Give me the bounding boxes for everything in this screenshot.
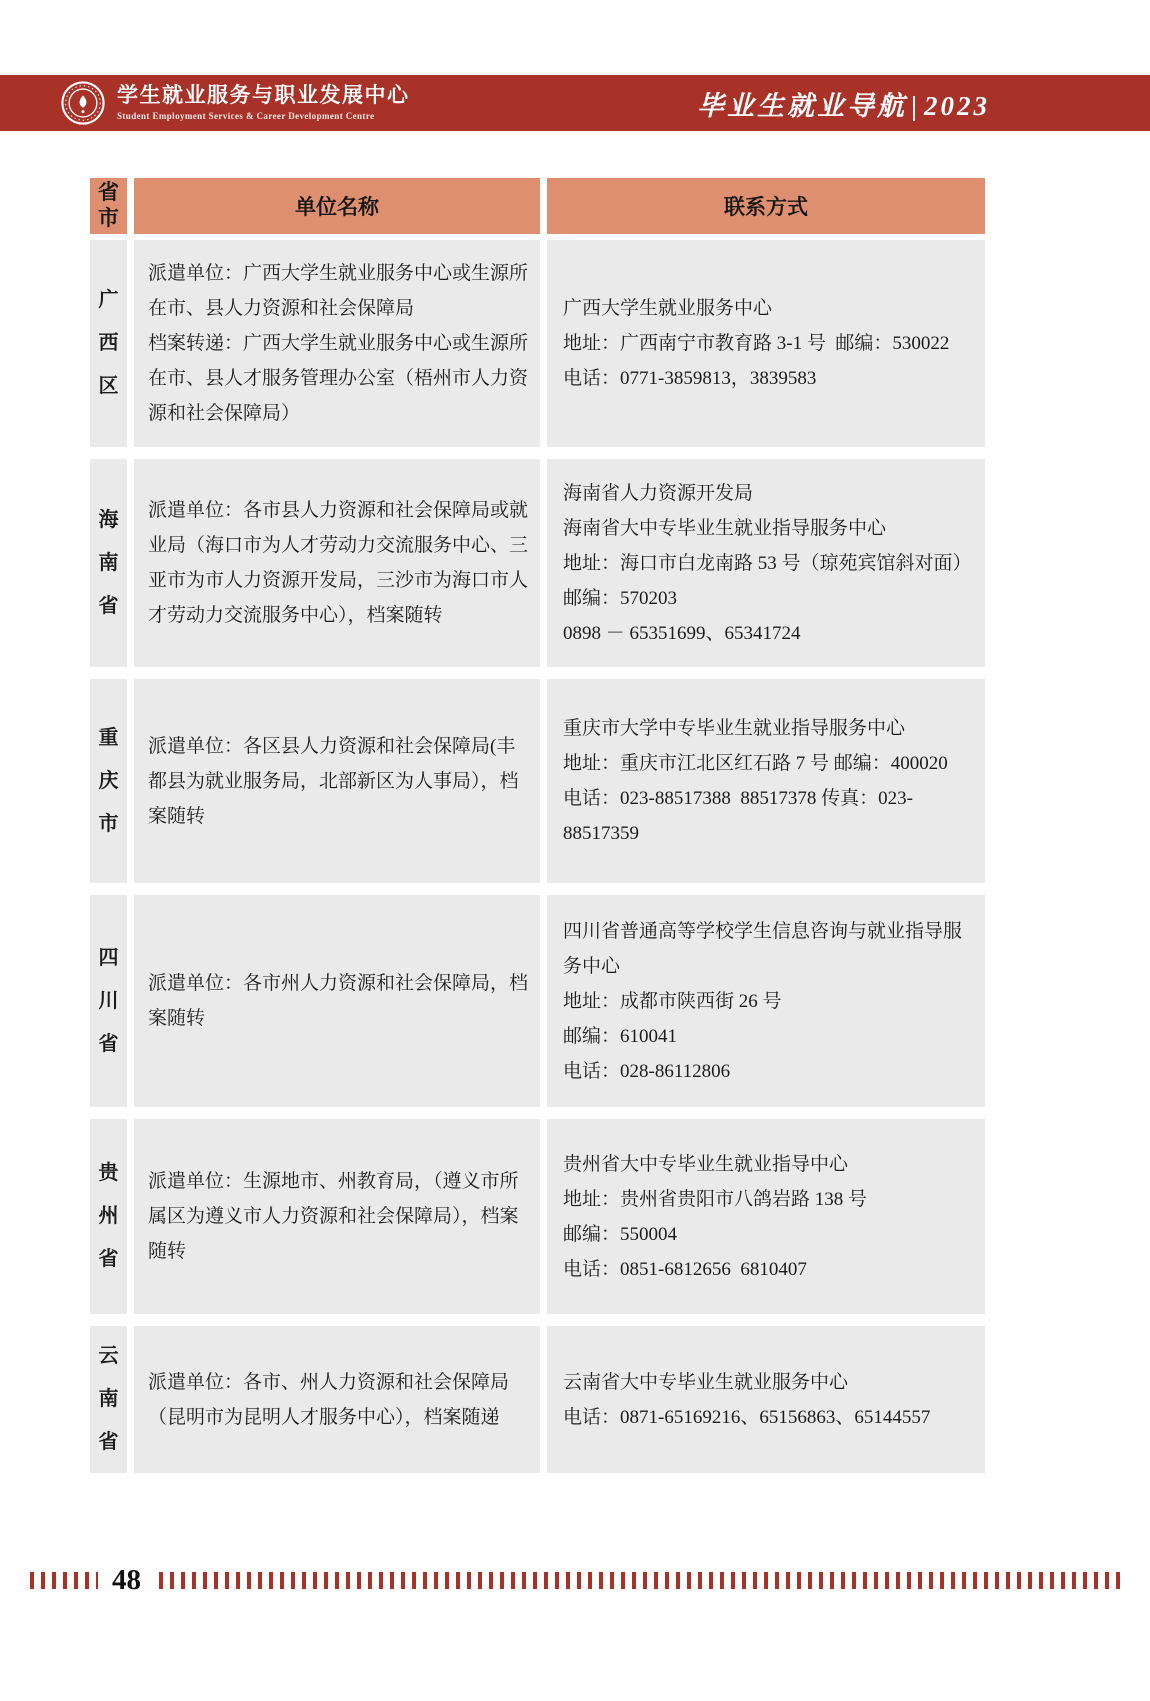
unit-text: 派遣单位：各市州人力资源和社会保障局，档案随转	[148, 966, 532, 1036]
province-cell: 广西区	[90, 240, 127, 447]
unit-text: 派遣单位：各市、州人力资源和社会保障局（昆明市为昆明人才服务中心），档案随递	[148, 1365, 532, 1435]
contact-cell: 广西大学生就业服务中心 地址：广西南宁市教育路 3-1 号 邮编：530022 …	[547, 240, 985, 447]
edition-title: 毕业生就业导航|2023	[697, 84, 990, 123]
footer-dashes-left	[30, 1572, 98, 1589]
brand-title-cn: 学生就业服务与职业发展中心	[117, 85, 410, 107]
contact-cell: 海南省人力资源开发局 海南省大中专毕业生就业指导服务中心 地址：海口市白龙南路 …	[547, 459, 985, 667]
table-row-yunnan: 云南省 派遣单位：各市、州人力资源和社会保障局（昆明市为昆明人才服务中心），档案…	[90, 1326, 985, 1473]
university-seal-icon	[60, 80, 106, 126]
table-row-hainan: 海南省 派遣单位：各市县人力资源和社会保障局或就业局（海口市为人才劳动力交流服务…	[90, 459, 985, 667]
province-label: 贵州省	[97, 1152, 120, 1281]
col-header-unit-label: 单位名称	[295, 191, 379, 221]
unit-text: 派遣单位：各区县人力资源和社会保障局(丰都县为就业服务局，北部新区为人事局），档…	[148, 729, 532, 834]
unit-text: 派遣单位：各市县人力资源和社会保障局或就业局（海口市为人才劳动力交流服务中心、三…	[148, 493, 532, 633]
unit-cell: 派遣单位：各市县人力资源和社会保障局或就业局（海口市为人才劳动力交流服务中心、三…	[134, 459, 540, 667]
province-label: 四川省	[97, 937, 120, 1066]
page-header-bar: 学生就业服务与职业发展中心 Student Employment Service…	[0, 75, 1150, 131]
contact-text: 四川省普通高等学校学生信息咨询与就业指导服务中心 地址：成都市陕西街 26 号 …	[563, 914, 977, 1089]
contact-text: 重庆市大学中专毕业生就业指导服务中心 地址：重庆市江北区红石路 7 号 邮编：4…	[563, 711, 977, 851]
col-header-contact-label: 联系方式	[724, 191, 808, 221]
contact-cell: 贵州省大中专毕业生就业指导中心 地址：贵州省贵阳市八鸽岩路 138 号 邮编：5…	[547, 1119, 985, 1314]
province-label: 重庆市	[97, 717, 120, 846]
province-label: 广西区	[97, 279, 120, 408]
table-row-chongqing: 重庆市 派遣单位：各区县人力资源和社会保障局(丰都县为就业服务局，北部新区为人事…	[90, 679, 985, 883]
contact-text: 广西大学生就业服务中心 地址：广西南宁市教育路 3-1 号 邮编：530022 …	[563, 291, 949, 396]
table-row-guangxi: 广西区 派遣单位：广西大学生就业服务中心或生源所在市、县人力资源和社会保障局 档…	[90, 240, 985, 447]
page-footer: 48	[30, 1567, 1124, 1593]
edition-title-text: 毕业生就业导航	[697, 91, 907, 121]
page-number: 48	[112, 1564, 141, 1597]
brand-block: 学生就业服务与职业发展中心 Student Employment Service…	[60, 80, 410, 126]
footer-dashes-right	[159, 1572, 1124, 1589]
col-header-contact: 联系方式	[547, 178, 985, 234]
unit-text: 派遣单位：生源地市、州教育局，（遵义市所属区为遵义市人力资源和社会保障局），档案…	[148, 1164, 532, 1269]
unit-cell: 派遣单位：各区县人力资源和社会保障局(丰都县为就业服务局，北部新区为人事局），档…	[134, 679, 540, 883]
brand-title-en: Student Employment Services & Career Dev…	[117, 111, 410, 121]
document-page: 学生就业服务与职业发展中心 Student Employment Service…	[0, 0, 1150, 1701]
unit-cell: 派遣单位：生源地市、州教育局，（遵义市所属区为遵义市人力资源和社会保障局），档案…	[134, 1119, 540, 1314]
unit-cell: 派遣单位：广西大学生就业服务中心或生源所在市、县人力资源和社会保障局 档案转递：…	[134, 240, 540, 447]
unit-cell: 派遣单位：各市、州人力资源和社会保障局（昆明市为昆明人才服务中心），档案随递	[134, 1326, 540, 1473]
province-label: 海南省	[97, 499, 120, 628]
table-row-guizhou: 贵州省 派遣单位：生源地市、州教育局，（遵义市所属区为遵义市人力资源和社会保障局…	[90, 1119, 985, 1314]
province-label: 云南省	[97, 1335, 120, 1464]
contact-cell: 云南省大中专毕业生就业服务中心 电话：0871-65169216、6515686…	[547, 1326, 985, 1473]
table-row-sichuan: 四川省 派遣单位：各市州人力资源和社会保障局，档案随转 四川省普通高等学校学生信…	[90, 895, 985, 1107]
province-cell: 重庆市	[90, 679, 127, 883]
col-header-province: 省市	[90, 178, 127, 234]
contact-text: 贵州省大中专毕业生就业指导中心 地址：贵州省贵阳市八鸽岩路 138 号 邮编：5…	[563, 1147, 867, 1287]
edition-divider: |	[911, 91, 920, 121]
unit-cell: 派遣单位：各市州人力资源和社会保障局，档案随转	[134, 895, 540, 1107]
edition-year: 2023	[924, 91, 990, 121]
unit-text: 派遣单位：广西大学生就业服务中心或生源所在市、县人力资源和社会保障局 档案转递：…	[148, 256, 532, 431]
contact-table: 省市 单位名称 联系方式 广西区 派遣单位：广西大学生就业服务中心或生源所在市、…	[90, 178, 985, 1485]
col-header-unit: 单位名称	[134, 178, 540, 234]
brand-text: 学生就业服务与职业发展中心 Student Employment Service…	[117, 85, 410, 120]
contact-cell: 四川省普通高等学校学生信息咨询与就业指导服务中心 地址：成都市陕西街 26 号 …	[547, 895, 985, 1107]
province-cell: 贵州省	[90, 1119, 127, 1314]
contact-text: 海南省人力资源开发局 海南省大中专毕业生就业指导服务中心 地址：海口市白龙南路 …	[563, 476, 972, 651]
province-cell: 四川省	[90, 895, 127, 1107]
contact-text: 云南省大中专毕业生就业服务中心 电话：0871-65169216、6515686…	[563, 1365, 930, 1435]
province-cell: 海南省	[90, 459, 127, 667]
col-header-province-label: 省市	[97, 180, 120, 232]
contact-cell: 重庆市大学中专毕业生就业指导服务中心 地址：重庆市江北区红石路 7 号 邮编：4…	[547, 679, 985, 883]
province-cell: 云南省	[90, 1326, 127, 1473]
table-header-row: 省市 单位名称 联系方式	[90, 178, 985, 234]
